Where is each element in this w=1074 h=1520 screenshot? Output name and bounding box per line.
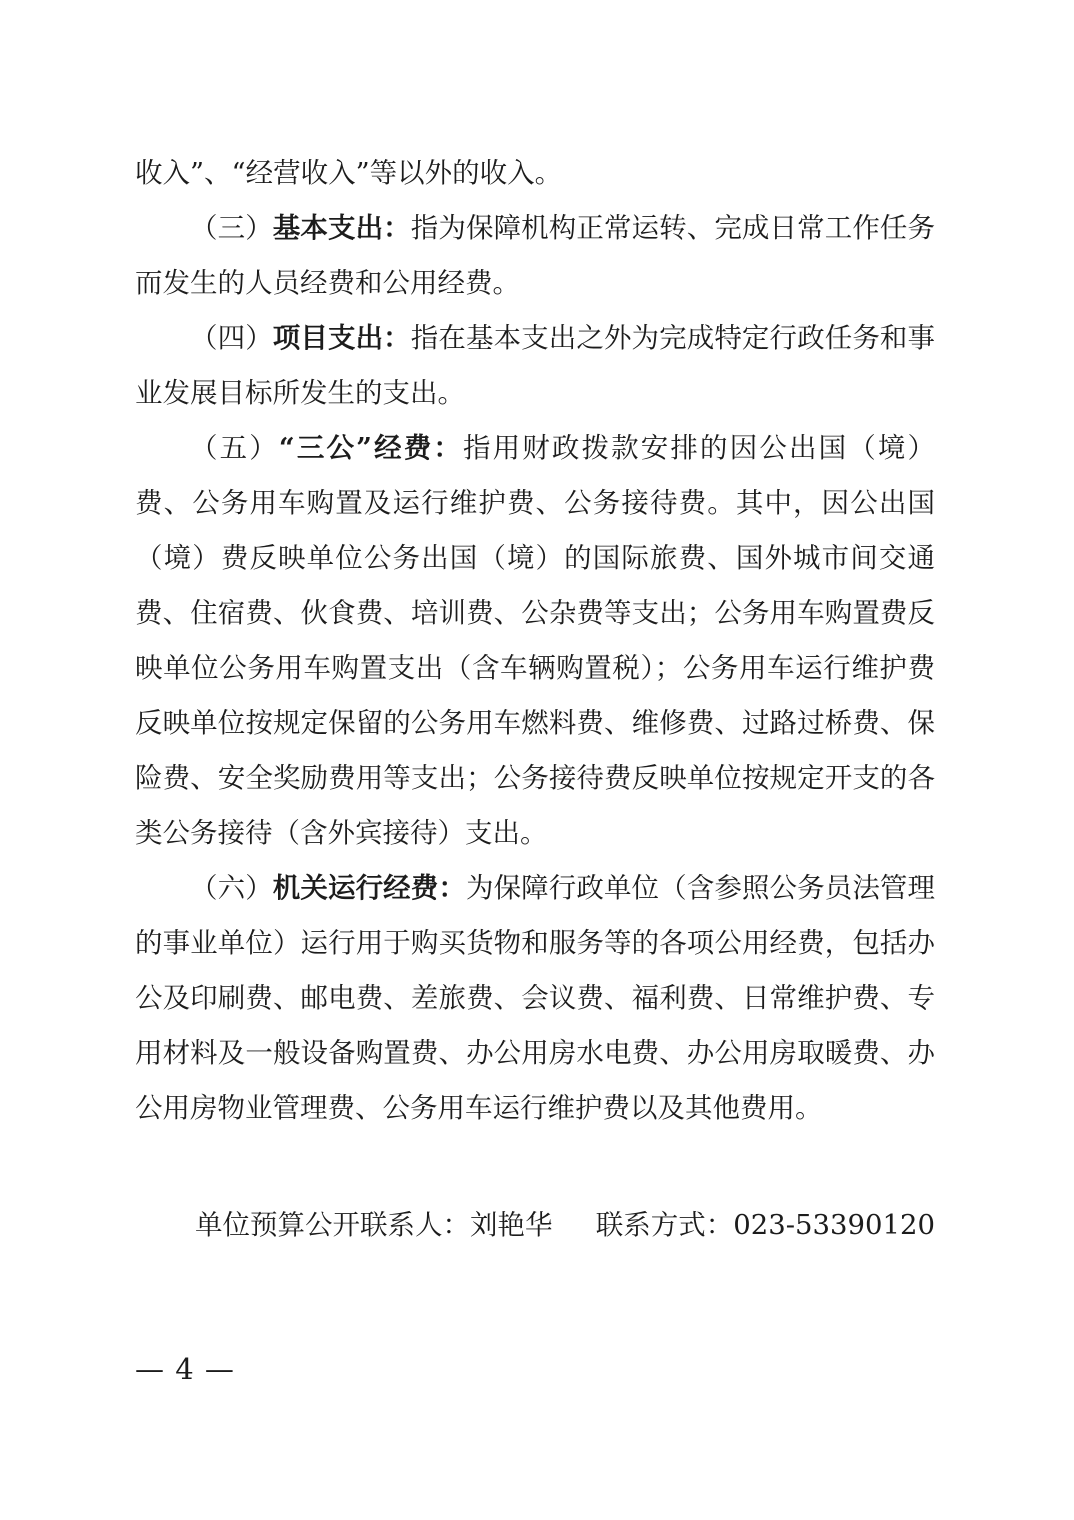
defined-term: 基本支出： [273, 212, 411, 244]
paragraph-definition-basic-expenditure: （三）基本支出：指为保障机构正常运转、完成日常工作任务而发生的人员经费和公用经费… [135, 201, 935, 311]
paragraph-definition-project-expenditure: （四）项目支出：指在基本支出之外为完成特定行政任务和事业发展目标所发生的支出。 [135, 311, 935, 421]
document-body: 收入”、“经营收入”等以外的收入。 （三）基本支出：指为保障机构正常运转、完成日… [135, 146, 935, 1253]
document-page: 收入”、“经营收入”等以外的收入。 （三）基本支出：指为保障机构正常运转、完成日… [0, 0, 1074, 1520]
contact-phone-number: 023-53390120 [733, 1209, 935, 1241]
list-marker: （五） [190, 432, 279, 464]
paragraph-continuation: 收入”、“经营收入”等以外的收入。 [135, 146, 935, 201]
contact-line: 单位预算公开联系人：刘艳华 联系方式：023-53390120 [135, 1198, 935, 1253]
contact-phone: 联系方式：023-53390120 [596, 1198, 935, 1253]
paragraph-definition-three-public-funds: （五）“三公”经费：指用财政拨款安排的因公出国（境）费、公务用车购置及运行维护费… [135, 421, 935, 861]
page-number: — 4 — [135, 1352, 235, 1386]
paragraph-text: 为保障行政单位（含参照公务员法管理的事业单位）运行用于购买货物和服务等的各项公用… [135, 872, 935, 1124]
defined-term: 项目支出： [273, 322, 411, 354]
contact-phone-label: 联系方式： [596, 1209, 734, 1241]
list-marker: （三） [190, 212, 273, 244]
defined-term: “三公”经费： [279, 432, 463, 464]
paragraph-text: 收入”、“经营收入”等以外的收入。 [135, 157, 562, 189]
list-marker: （六） [190, 872, 273, 904]
paragraph-definition-agency-operating-funds: （六）机关运行经费：为保障行政单位（含参照公务员法管理的事业单位）运行用于购买货… [135, 861, 935, 1136]
contact-person-label: 单位预算公开联系人： [195, 1209, 470, 1241]
defined-term: 机关运行经费： [273, 872, 466, 904]
list-marker: （四） [190, 322, 273, 354]
paragraph-text: 指用财政拨款安排的因公出国（境）费、公务用车购置及运行维护费、公务接待费。其中，… [135, 432, 935, 849]
contact-person: 单位预算公开联系人：刘艳华 [195, 1198, 553, 1253]
contact-person-name: 刘艳华 [470, 1209, 553, 1241]
